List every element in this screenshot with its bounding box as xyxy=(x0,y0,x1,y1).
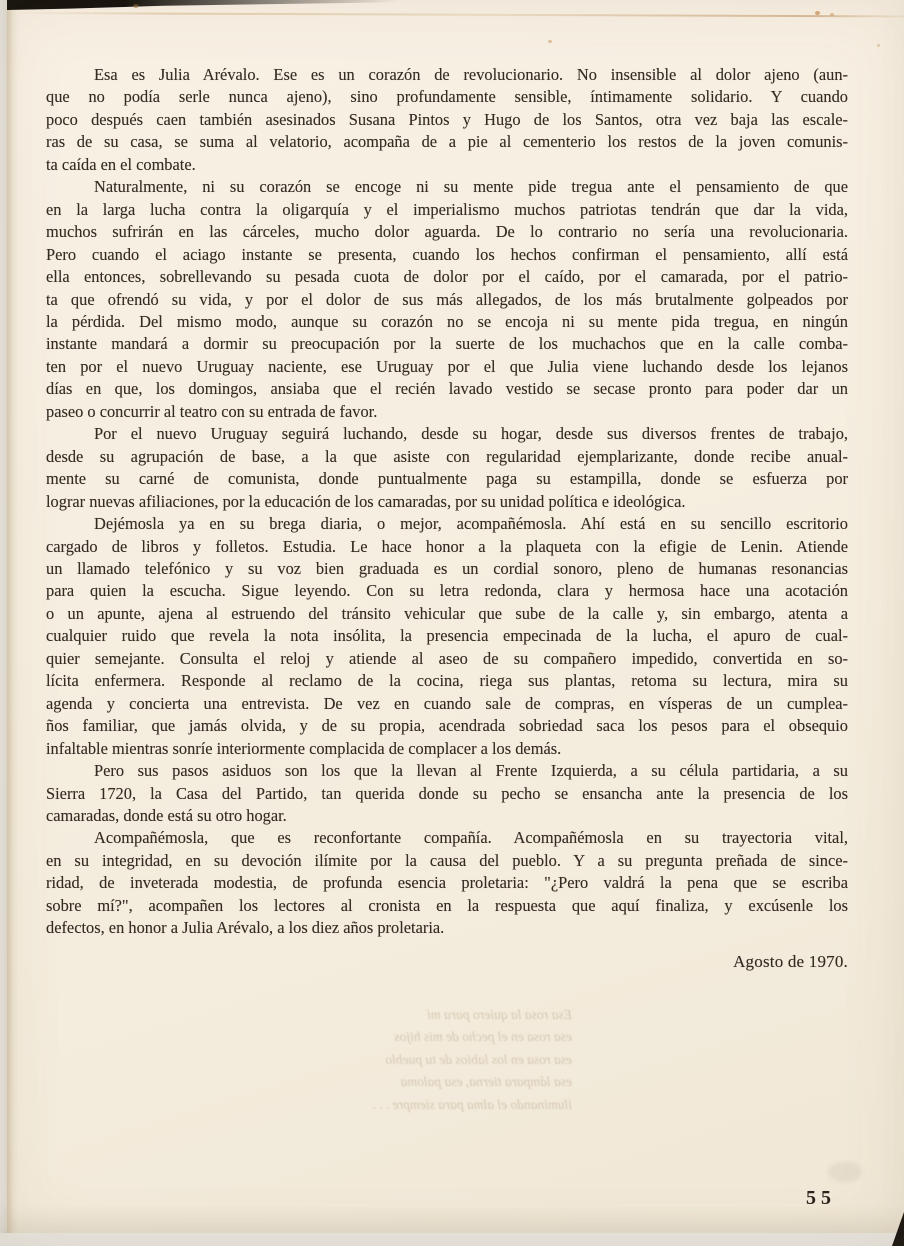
text-line: ras de su casa, se suma al velatorio, ac… xyxy=(46,131,848,153)
page-left-crease xyxy=(7,0,18,1246)
text-line: que no podía serle nunca ajeno), sino pr… xyxy=(46,86,848,108)
text-line: o un apunte, ajena al estruendo del trán… xyxy=(46,603,848,625)
text-line: paseo o concurrir al teatro con su entra… xyxy=(46,401,848,423)
text-line: esa rosa en el pecho de mis hijos xyxy=(388,1026,572,1048)
text-line: días en que, los domingos, ansiaba que e… xyxy=(46,378,848,400)
scanner-left-edge xyxy=(0,0,7,1246)
text-line: muchos sufrirán en las cárceles, mucho d… xyxy=(46,221,848,243)
text-line: ños familiar, que jamás olvida, y de su … xyxy=(46,715,848,737)
text-line: quier semejante. Consulta el reloj y ati… xyxy=(46,648,848,670)
text-line: lograr nuevas afiliaciones, por la educa… xyxy=(46,491,848,513)
page-number: 55 xyxy=(806,1187,836,1210)
text-line: mente su carné de comunista, donde puntu… xyxy=(46,468,848,490)
text-line: para quien la escucha. Sigue leyendo. Co… xyxy=(46,580,848,602)
body-text: Esa es Julia Arévalo. Ese es un corazón … xyxy=(46,64,848,940)
text-line: Sierra 1720, la Casa del Partido, tan qu… xyxy=(46,783,848,805)
top-page-edge-line xyxy=(10,12,904,17)
text-line: cualquier ruido que revela la nota insól… xyxy=(46,625,848,647)
text-line: sobre mí?", acompañen los lectores al cr… xyxy=(46,895,848,917)
text-line: instante mandará a dormir su preocupació… xyxy=(46,333,848,355)
text-line: ridad, de inveterada modestia, de profun… xyxy=(46,872,848,894)
text-line: Naturalmente, ni su corazón se encoge ni… xyxy=(46,176,848,198)
text-line: infaltable mientras sonríe interiormente… xyxy=(46,738,848,760)
text-line: Por el nuevo Uruguay seguirá luchando, d… xyxy=(46,423,848,445)
text-line: ta caída en el combate. xyxy=(46,154,848,176)
text-line: Dejémosla ya en su brega diaria, o mejor… xyxy=(46,513,848,535)
text-line: lícita enfermera. Responde al reclamo de… xyxy=(46,670,848,692)
text-line: agenda y concierta una entrevista. De ve… xyxy=(46,693,848,715)
text-line: la pérdida. Del mismo modo, aunque su co… xyxy=(46,311,848,333)
text-line: esa rosa en los labios de tu pueblo xyxy=(388,1049,572,1071)
text-line: Pero sus pasos asiduos son los que la ll… xyxy=(46,760,848,782)
date-line: Agosto de 1970. xyxy=(733,952,848,972)
text-line: un llamado telefónico y su voz bien grad… xyxy=(46,558,848,580)
ghost-showthrough-text: Esa rosa la quiero para míesa rosa en el… xyxy=(388,1004,572,1116)
text-line: iluminando el alma para siempre . . . xyxy=(388,1094,572,1116)
corner-binding-mark xyxy=(892,1212,904,1246)
paragraph: Por el nuevo Uruguay seguirá luchando, d… xyxy=(46,423,848,513)
paragraph: Naturalmente, ni su corazón se encoge ni… xyxy=(46,176,848,423)
text-line: Esa es Julia Arévalo. Ese es un corazón … xyxy=(46,64,848,86)
paragraph: Acompañémosla, que es reconfortante comp… xyxy=(46,827,848,939)
text-line: en su integridad, en su devoción ilímite… xyxy=(46,850,848,872)
top-binding-shadow xyxy=(7,0,399,10)
text-line: cargado de libros y folletos. Estudia. L… xyxy=(46,536,848,558)
text-line: ella entonces, sobrellevando su pesada c… xyxy=(46,266,848,288)
stain-dot xyxy=(548,40,552,43)
stain-dot xyxy=(815,11,820,15)
stain-dot xyxy=(877,44,880,47)
scanned-book-page: Esa es Julia Arévalo. Ese es un corazón … xyxy=(0,0,904,1246)
text-line: desde su agrupación de base, a la que as… xyxy=(46,446,848,468)
text-line: camaradas, donde está su otro hogar. xyxy=(46,805,848,827)
paragraph: Esa es Julia Arévalo. Ese es un corazón … xyxy=(46,64,848,176)
text-line: ten por el nuevo Uruguay naciente, ese U… xyxy=(46,356,848,378)
text-line: esa lámpara tierna, esa paloma xyxy=(388,1071,572,1093)
paragraph: Pero sus pasos asiduos son los que la ll… xyxy=(46,760,848,827)
bottom-edge-shadow xyxy=(0,1205,904,1233)
showthrough-smudge xyxy=(828,1162,862,1182)
scanner-bottom-band xyxy=(0,1233,904,1246)
text-line: Esa rosa la quiero para mí xyxy=(388,1004,572,1026)
text-line: Acompañémosla, que es reconfortante comp… xyxy=(46,827,848,849)
text-line: Pero cuando el aciago instante se presen… xyxy=(46,244,848,266)
text-line: en la larga lucha contra la oligarquía y… xyxy=(46,199,848,221)
text-line: poco después caen también asesinados Sus… xyxy=(46,109,848,131)
text-line: defectos, en honor a Julia Arévalo, a lo… xyxy=(46,917,848,939)
stain-dot xyxy=(133,4,139,8)
paragraph: Dejémosla ya en su brega diaria, o mejor… xyxy=(46,513,848,760)
text-line: ta que ofrendó su vida, y por el dolor d… xyxy=(46,289,848,311)
stain-dot xyxy=(830,13,834,16)
